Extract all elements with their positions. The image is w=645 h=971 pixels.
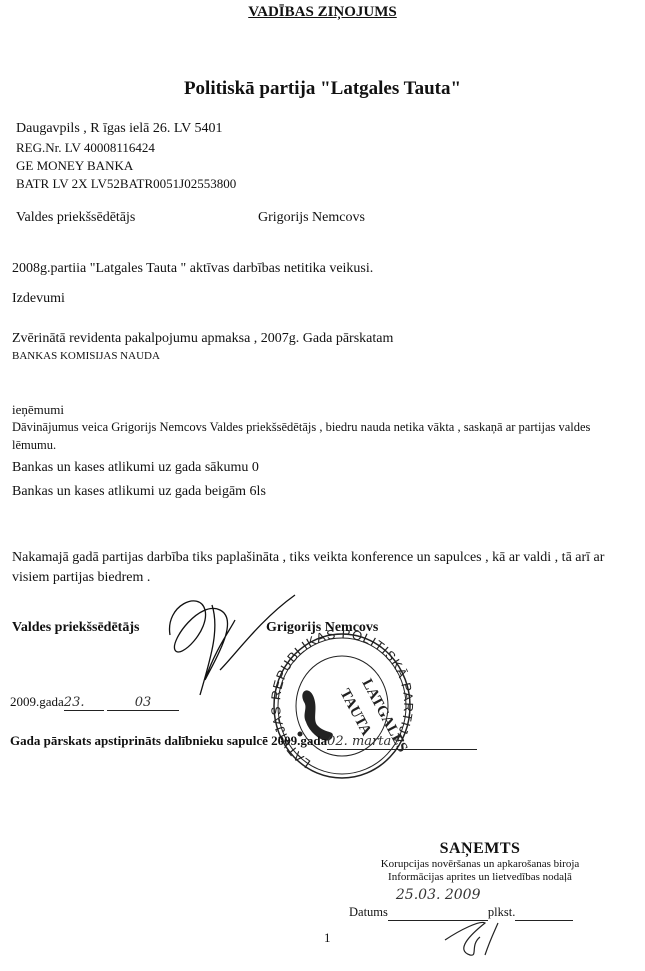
- date-prefix: 2009.gada: [10, 694, 64, 709]
- received-office-line-1: Korupcijas novēršanas un apkarošanas bir…: [340, 858, 620, 871]
- income-heading: ieņēmumi: [12, 402, 64, 418]
- reg-number: REG.Nr. LV 40008116424: [16, 140, 155, 156]
- income-text: Dāvinājumus veica Grigorijs Nemcovs Vald…: [12, 418, 637, 454]
- received-date-handwritten: 25.03. 2009: [396, 887, 481, 903]
- received-stamp: SAŅEMTS Korupcijas novēršanas un apkaroš…: [340, 840, 620, 884]
- approval-date-handwritten: 02. marta: [327, 734, 477, 750]
- expense-item-1: Zvērinātā revidenta pakalpojumu apmaksa …: [12, 331, 393, 347]
- chair-name: Grigorijs Nemcovs: [258, 210, 365, 226]
- party-stamp-icon: LATVIJAS REPUBLIKAS POLITISKĀ PARTIJA LA…: [270, 630, 415, 780]
- received-heading: SAŅEMTS: [340, 840, 620, 858]
- signature-date: 2009.gada23. 03: [10, 694, 179, 711]
- address: Daugavpils , R īgas ielā 26. LV 5401: [16, 121, 223, 137]
- document-title: VADĪBAS ZIŅOJUMS: [0, 4, 645, 21]
- approval-line: Gada pārskats apstiprināts dalībnieku sa…: [10, 733, 477, 750]
- received-time-field: [515, 905, 573, 921]
- party-name: Politiskā partija "Latgales Tauta": [0, 78, 645, 100]
- date-day-handwritten: 23.: [64, 695, 104, 711]
- date-month-handwritten: 03: [107, 695, 179, 711]
- bank-name: GE MONEY BANKA: [16, 158, 133, 174]
- approval-text: Gada pārskats apstiprināts dalībnieku sa…: [10, 733, 327, 748]
- expenses-heading: Izdevumi: [12, 291, 65, 307]
- balance-start: Bankas un kases atlikumi uz gada sākumu …: [12, 460, 259, 476]
- received-office-line-2: Informācijas aprites un lietvedības noda…: [340, 871, 620, 884]
- expense-item-2: BANKAS KOMISIJAS NAUDA: [12, 350, 160, 362]
- signature-label: Valdes priekšsēdētājs: [12, 620, 139, 636]
- chair-label: Valdes priekšsēdētājs: [16, 210, 135, 226]
- received-date-label: Datums: [349, 905, 388, 919]
- page-number: 1: [324, 930, 331, 946]
- next-year-plan: Nakamajā gadā partijas darbība tiks papl…: [12, 548, 642, 588]
- initials-scribble-icon: [440, 915, 520, 965]
- activity-statement: 2008g.partiia "Latgales Tauta " aktīvas …: [12, 261, 373, 277]
- balance-end: Bankas un kases atlikumi uz gada beigām …: [12, 484, 266, 500]
- bank-account: BATR LV 2X LV52BATR0051J02553800: [16, 176, 236, 192]
